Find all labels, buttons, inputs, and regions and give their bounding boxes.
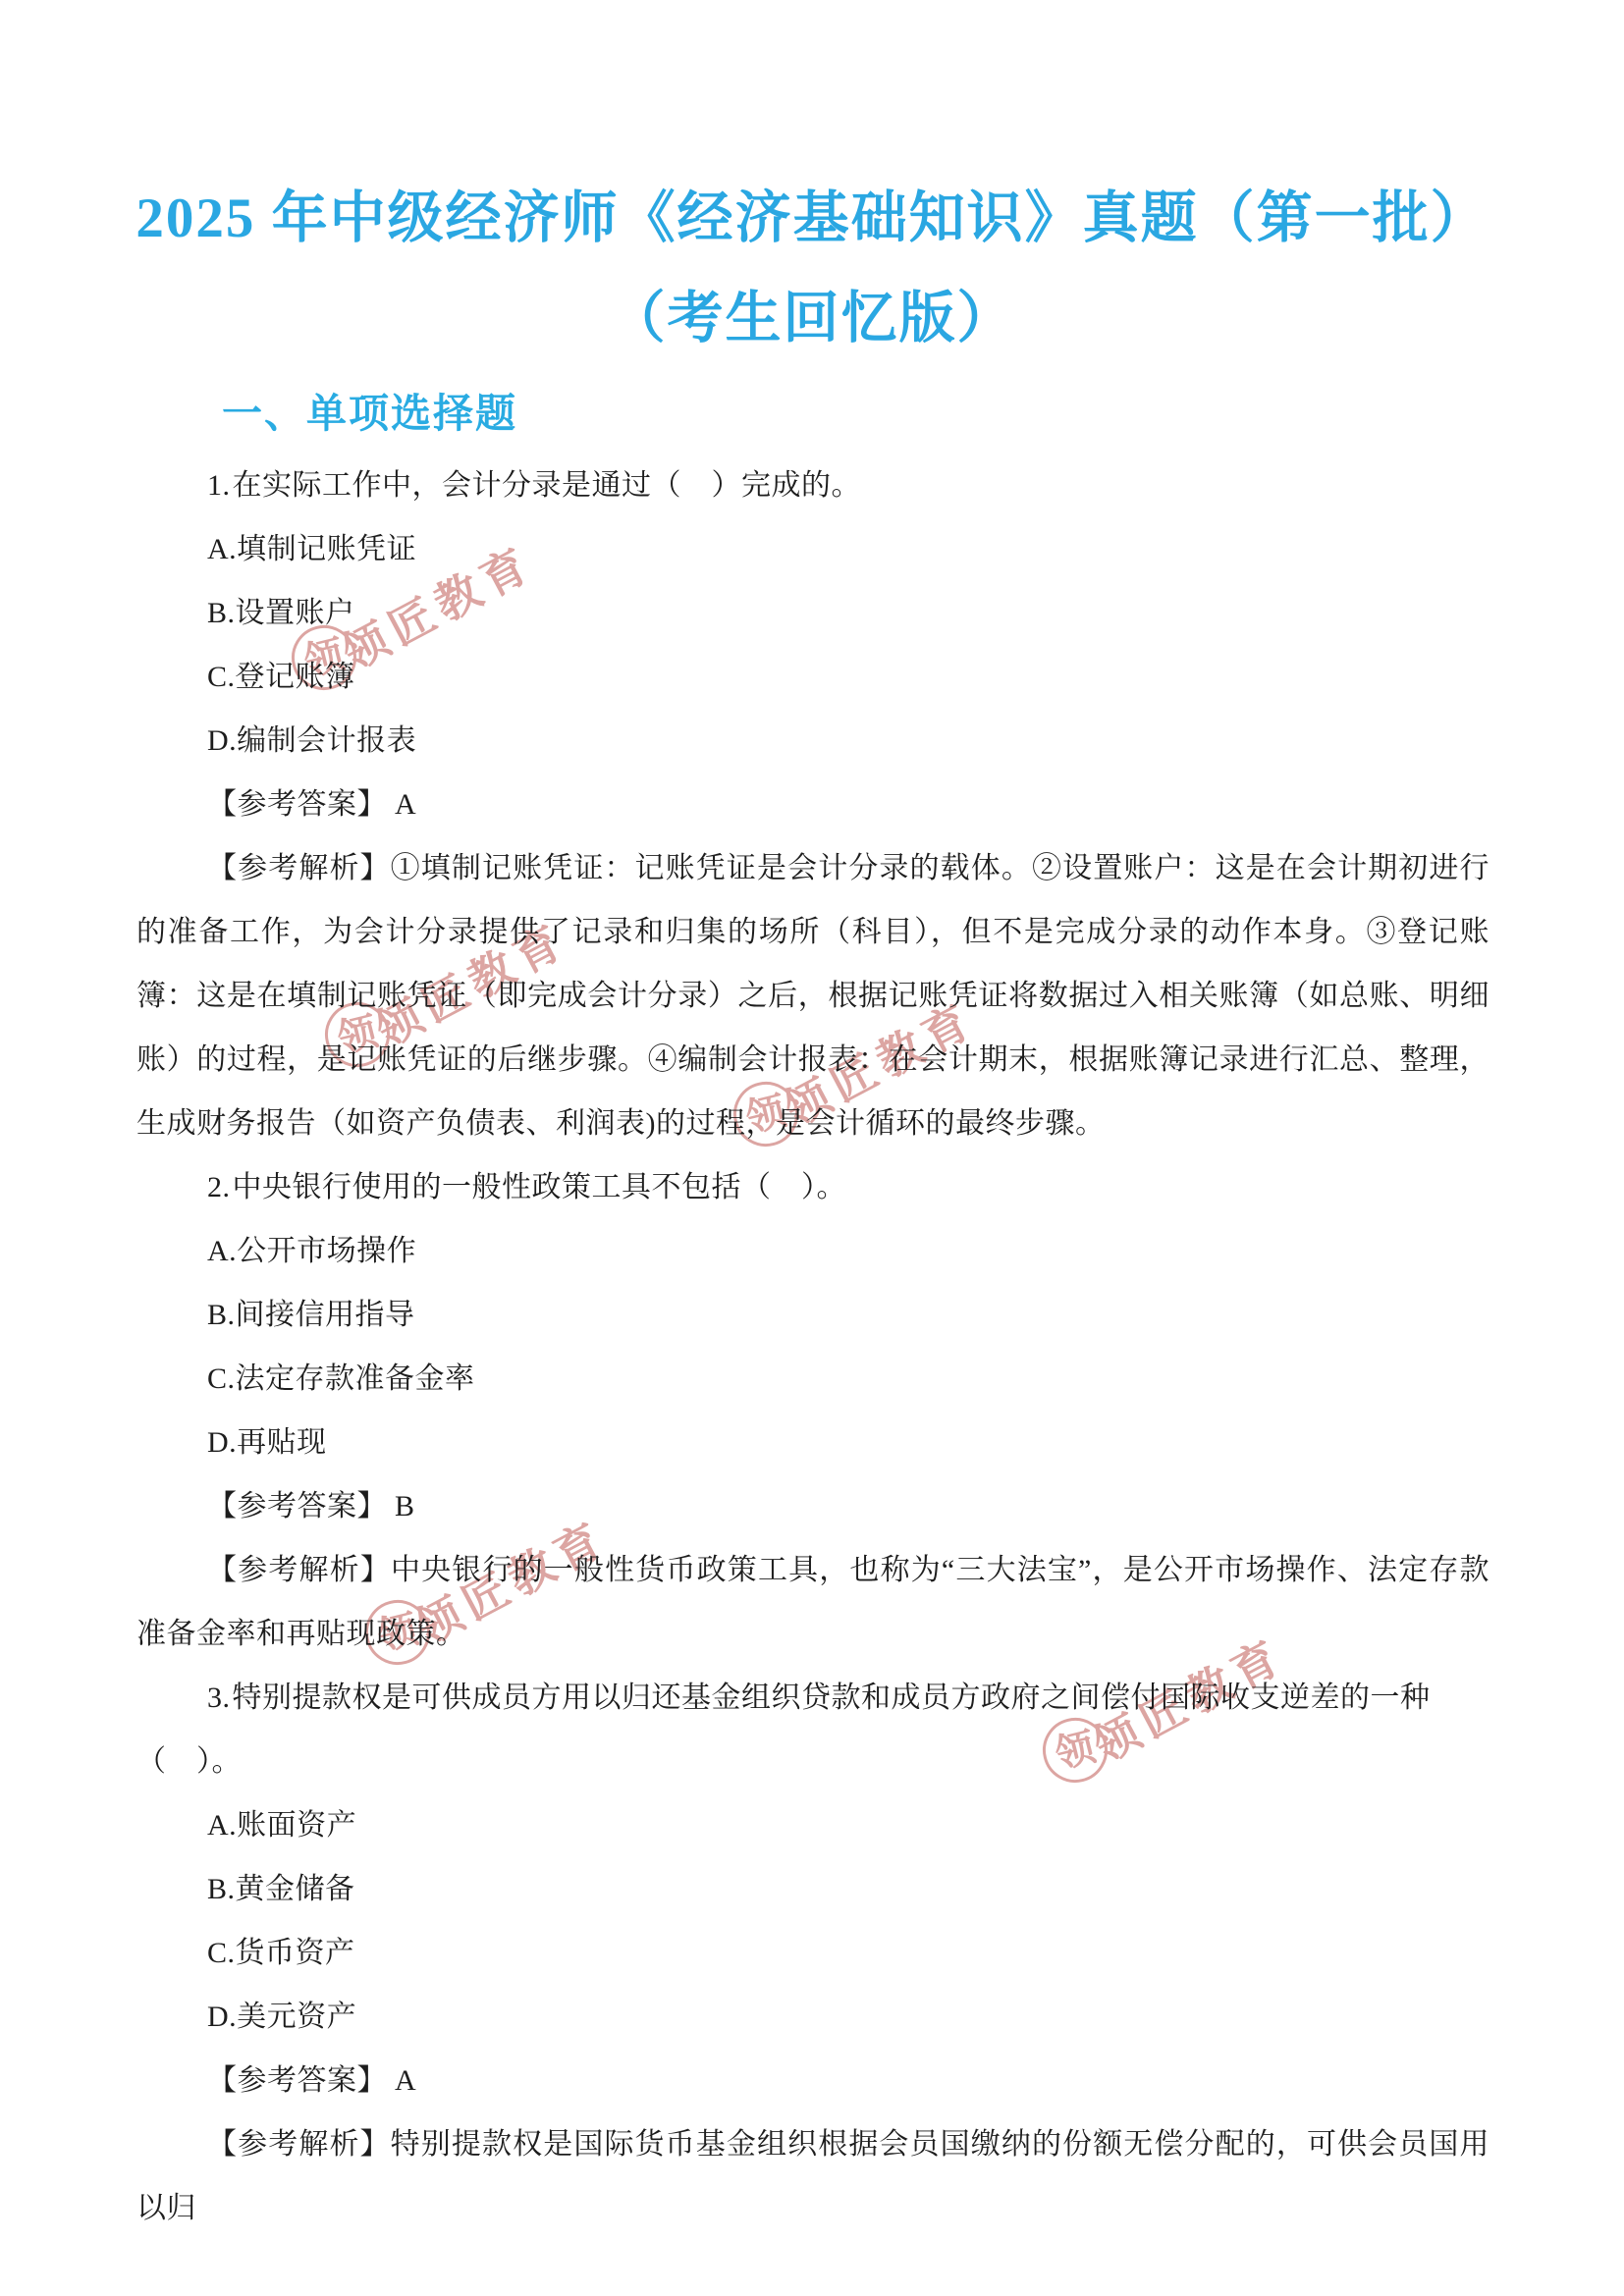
answer-label: 【参考答案】 bbox=[207, 1490, 387, 1522]
answer-value: B bbox=[395, 1490, 415, 1522]
analysis-paragraph: 【参考解析】特别提款权是国际货币基金组织根据会员国缴纳的份额无偿分配的，可供会员… bbox=[136, 2112, 1489, 2240]
answer-value: A bbox=[395, 2064, 416, 2097]
question-number: 1. bbox=[207, 469, 231, 502]
page-title-line2: （考生回忆版） bbox=[610, 288, 1015, 349]
option-a: A.账面资产 bbox=[136, 1793, 1489, 1857]
page-title-line1: 2025 年中级经济师《经济基础知识》真题（第一批） bbox=[135, 187, 1488, 249]
answer-line: 【参考答案】A bbox=[136, 773, 1489, 836]
option-d: D.美元资产 bbox=[136, 1985, 1489, 2049]
option-b: B.黄金储备 bbox=[136, 1857, 1489, 1921]
option-c: C.法定存款准备金率 bbox=[136, 1347, 1489, 1411]
question-stem-text: 中央银行使用的一般性政策工具不包括（ ）。 bbox=[233, 1171, 847, 1203]
option-b: B.设置账户 bbox=[136, 581, 1489, 645]
question-stem-text: 特别提款权是可供成员方用以归还基金组织贷款和成员方政府之间偿付国际收支逆差的一种… bbox=[136, 1682, 1431, 1778]
document-page: 领 领匠教育 领 领匠教育 领 领匠教育 领 领匠教育 领 领匠教育 2025 … bbox=[0, 0, 1624, 2296]
analysis-paragraph: 【参考解析】①填制记账凭证：记账凭证是会计分录的载体。②设置账户：这是在会计期初… bbox=[136, 836, 1489, 1155]
answer-line: 【参考答案】B bbox=[136, 1474, 1489, 1538]
question-stem: 3.特别提款权是可供成员方用以归还基金组织贷款和成员方政府之间偿付国际收支逆差的… bbox=[136, 1666, 1489, 1793]
answer-label: 【参考答案】 bbox=[207, 2064, 387, 2097]
option-a: A.公开市场操作 bbox=[136, 1219, 1489, 1283]
question-block-1: 1.在实际工作中，会计分录是通过（ ）完成的。 A.填制记账凭证 B.设置账户 … bbox=[136, 454, 1489, 1155]
answer-value: A bbox=[395, 788, 416, 821]
option-c: C.货币资产 bbox=[136, 1921, 1489, 1985]
answer-line: 【参考答案】A bbox=[136, 2049, 1489, 2112]
option-a: A.填制记账凭证 bbox=[136, 517, 1489, 581]
answer-label: 【参考答案】 bbox=[207, 788, 387, 821]
analysis-label: 【参考解析】 bbox=[207, 1554, 391, 1586]
question-stem: 1.在实际工作中，会计分录是通过（ ）完成的。 bbox=[136, 454, 1489, 517]
option-d: D.编制会计报表 bbox=[136, 709, 1489, 773]
page-title: 2025 年中级经济师《经济基础知识》真题（第一批） （考生回忆版） bbox=[0, 169, 1624, 369]
question-stem: 2.中央银行使用的一般性政策工具不包括（ ）。 bbox=[136, 1155, 1489, 1219]
option-d: D.再贴现 bbox=[136, 1411, 1489, 1474]
question-number: 3. bbox=[207, 1682, 231, 1714]
analysis-text: ①填制记账凭证：记账凭证是会计分录的载体。②设置账户：这是在会计期初进行的准备工… bbox=[136, 852, 1489, 1140]
question-block-3: 3.特别提款权是可供成员方用以归还基金组织贷款和成员方政府之间偿付国际收支逆差的… bbox=[136, 1666, 1489, 2240]
option-c: C.登记账簿 bbox=[136, 645, 1489, 709]
section-heading-single-choice: 一、单项选择题 bbox=[222, 389, 517, 438]
analysis-label: 【参考解析】 bbox=[207, 2128, 391, 2161]
question-stem-text: 在实际工作中，会计分录是通过（ ）完成的。 bbox=[233, 469, 862, 502]
option-b: B.间接信用指导 bbox=[136, 1283, 1489, 1347]
question-block-2: 2.中央银行使用的一般性政策工具不包括（ ）。 A.公开市场操作 B.间接信用指… bbox=[136, 1155, 1489, 1666]
question-number: 2. bbox=[207, 1171, 231, 1203]
questions-content: 1.在实际工作中，会计分录是通过（ ）完成的。 A.填制记账凭证 B.设置账户 … bbox=[136, 454, 1489, 2240]
analysis-label: 【参考解析】 bbox=[207, 852, 391, 884]
analysis-paragraph: 【参考解析】中央银行的一般性货币政策工具，也称为“三大法宝”，是公开市场操作、法… bbox=[136, 1538, 1489, 1666]
